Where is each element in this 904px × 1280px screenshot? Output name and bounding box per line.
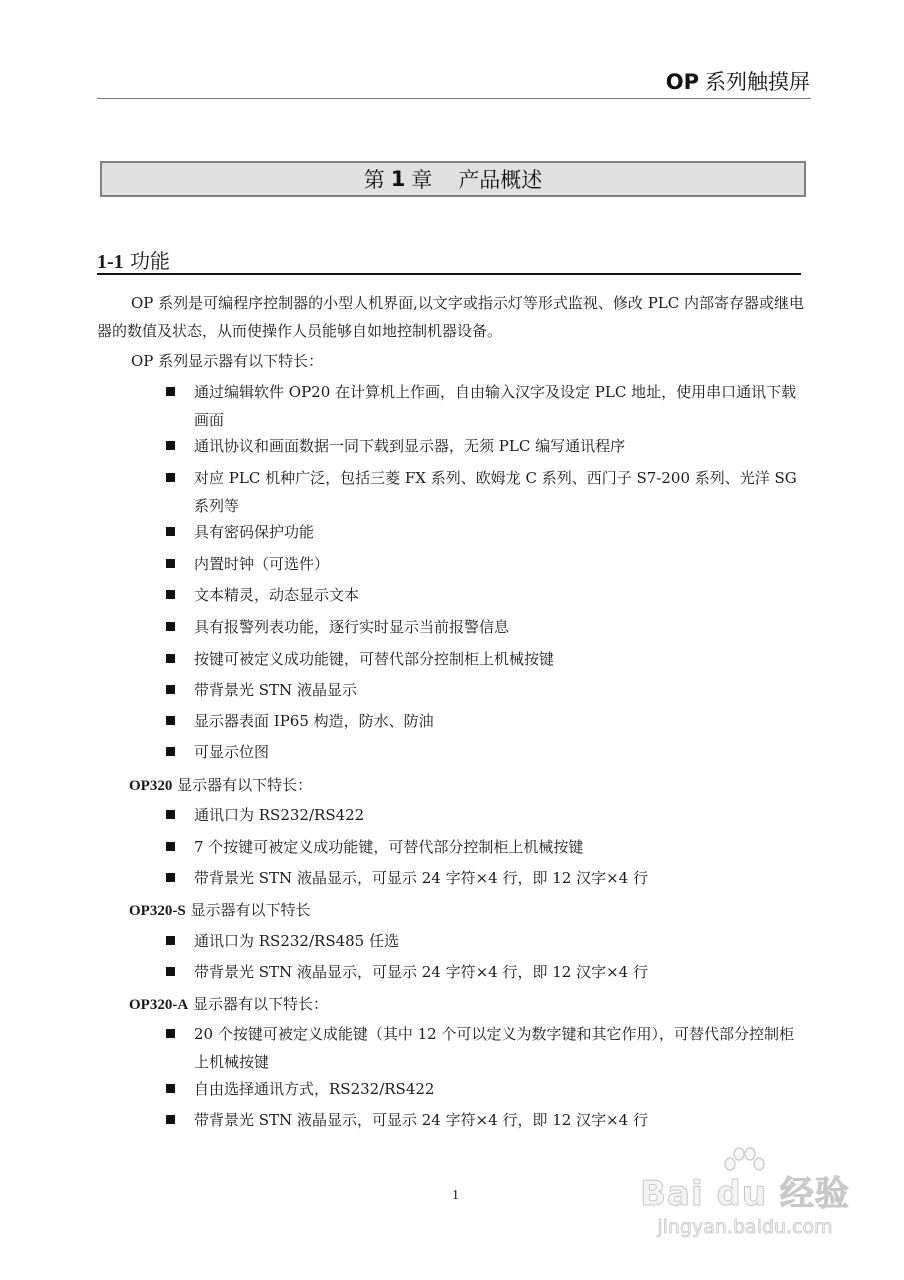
op320a-heading: OP320-A 显示器有以下特长： (129, 993, 328, 1016)
op-features-heading: OP 系列显示器有以下特长： (131, 350, 323, 372)
header-title-prefix: OP (666, 70, 699, 94)
op320-heading: OP320 显示器有以下特长： (129, 774, 312, 797)
bullet-square-icon (166, 559, 175, 568)
chapter-title-box: 第 1 章 产品概述 (100, 161, 806, 197)
section-heading: 1-1 功能 (97, 249, 801, 275)
watermark-url: jingyan.baidu.com (640, 1216, 850, 1238)
list-item: 具有密码保护功能 (166, 518, 806, 546)
list-item: 带背景光 STN 液晶显示，可显示 24 字符×4 行，即 12 汉字×4 行 (166, 1106, 806, 1134)
watermark-brand: Bai du 经验 (640, 1172, 850, 1216)
op320s-heading: OP320-S 显示器有以下特长 (129, 899, 310, 922)
list-item: 自由选择通讯方式，RS232/RS422 (166, 1075, 806, 1103)
paw-logo-icon (722, 1146, 766, 1178)
list-item: 显示器表面 IP65 构造，防水、防油 (166, 707, 806, 735)
list-item: 通讯口为 RS232/RS485 任选 (166, 927, 806, 955)
op320-model: OP320 (129, 778, 172, 794)
list-item: 对应 PLC 机种广泛，包括三菱 FX 系列、欧姆龙 C 系列、西门子 S7-2… (166, 464, 806, 520)
header-title-text: 系列触摸屏 (705, 70, 810, 94)
chapter-title: 产品概述 (458, 164, 542, 194)
bullet-square-icon (166, 527, 175, 536)
list-item: 通讯协议和画面数据一同下载到显示器，无须 PLC 编写通讯程序 (166, 432, 806, 460)
bullet-square-icon (166, 873, 175, 882)
bullet-square-icon (166, 685, 175, 694)
bullet-square-icon (166, 1115, 175, 1124)
list-item: 内置时钟（可选件） (166, 550, 806, 578)
chapter-label-post: 章 (411, 164, 432, 194)
list-item: 带背景光 STN 液晶显示，可显示 24 字符×4 行，即 12 汉字×4 行 (166, 864, 806, 892)
bullet-square-icon (166, 1084, 175, 1093)
list-item: 可显示位图 (166, 738, 806, 766)
list-item: 具有报警列表功能，逐行实时显示当前报警信息 (166, 613, 806, 641)
bullet-square-icon (166, 747, 175, 756)
op320s-model: OP320-S (129, 903, 186, 919)
baidu-watermark: Bai du 经验 jingyan.baidu.com (640, 1150, 850, 1240)
chapter-label-pre: 第 (364, 164, 385, 194)
list-item: 20 个按键可被定义成能键（其中 12 个可以定义为数字键和其它作用），可替代部… (166, 1020, 806, 1076)
bullet-square-icon (166, 810, 175, 819)
bullet-square-icon (166, 842, 175, 851)
list-item: 通讯口为 RS232/RS422 (166, 801, 806, 829)
header-divider (97, 98, 811, 99)
section-number: 1-1 (97, 251, 124, 273)
header-title: OP系列触摸屏 (666, 66, 810, 96)
section-title: 功能 (130, 249, 170, 273)
chapter-number: 1 (391, 167, 406, 191)
bullet-square-icon (166, 716, 175, 725)
list-item: 带背景光 STN 液晶显示 (166, 676, 806, 704)
list-item: 7 个按键可被定义成功能键，可替代部分控制柜上机械按键 (166, 833, 806, 861)
bullet-square-icon (166, 473, 175, 482)
bullet-square-icon (166, 936, 175, 945)
page-number: 1 (452, 1188, 459, 1204)
list-item: 文本精灵，动态显示文本 (166, 581, 806, 609)
bullet-square-icon (166, 590, 175, 599)
bullet-square-icon (166, 1029, 175, 1038)
bullet-square-icon (166, 441, 175, 450)
bullet-square-icon (166, 387, 175, 396)
bullet-square-icon (166, 622, 175, 631)
intro-paragraph: OP 系列是可编程序控制器的小型人机界面,以文字或指示灯等形式监视、修改 PLC… (97, 289, 807, 345)
bullet-square-icon (166, 654, 175, 663)
list-item: 按键可被定义成功能键，可替代部分控制柜上机械按键 (166, 645, 806, 673)
bullet-square-icon (166, 967, 175, 976)
list-item: 带背景光 STN 液晶显示，可显示 24 字符×4 行，即 12 汉字×4 行 (166, 958, 806, 986)
op320a-model: OP320-A (129, 997, 188, 1013)
list-item: 通过编辑软件 OP20 在计算机上作画，自由输入汉字及设定 PLC 地址，使用串… (166, 378, 806, 434)
